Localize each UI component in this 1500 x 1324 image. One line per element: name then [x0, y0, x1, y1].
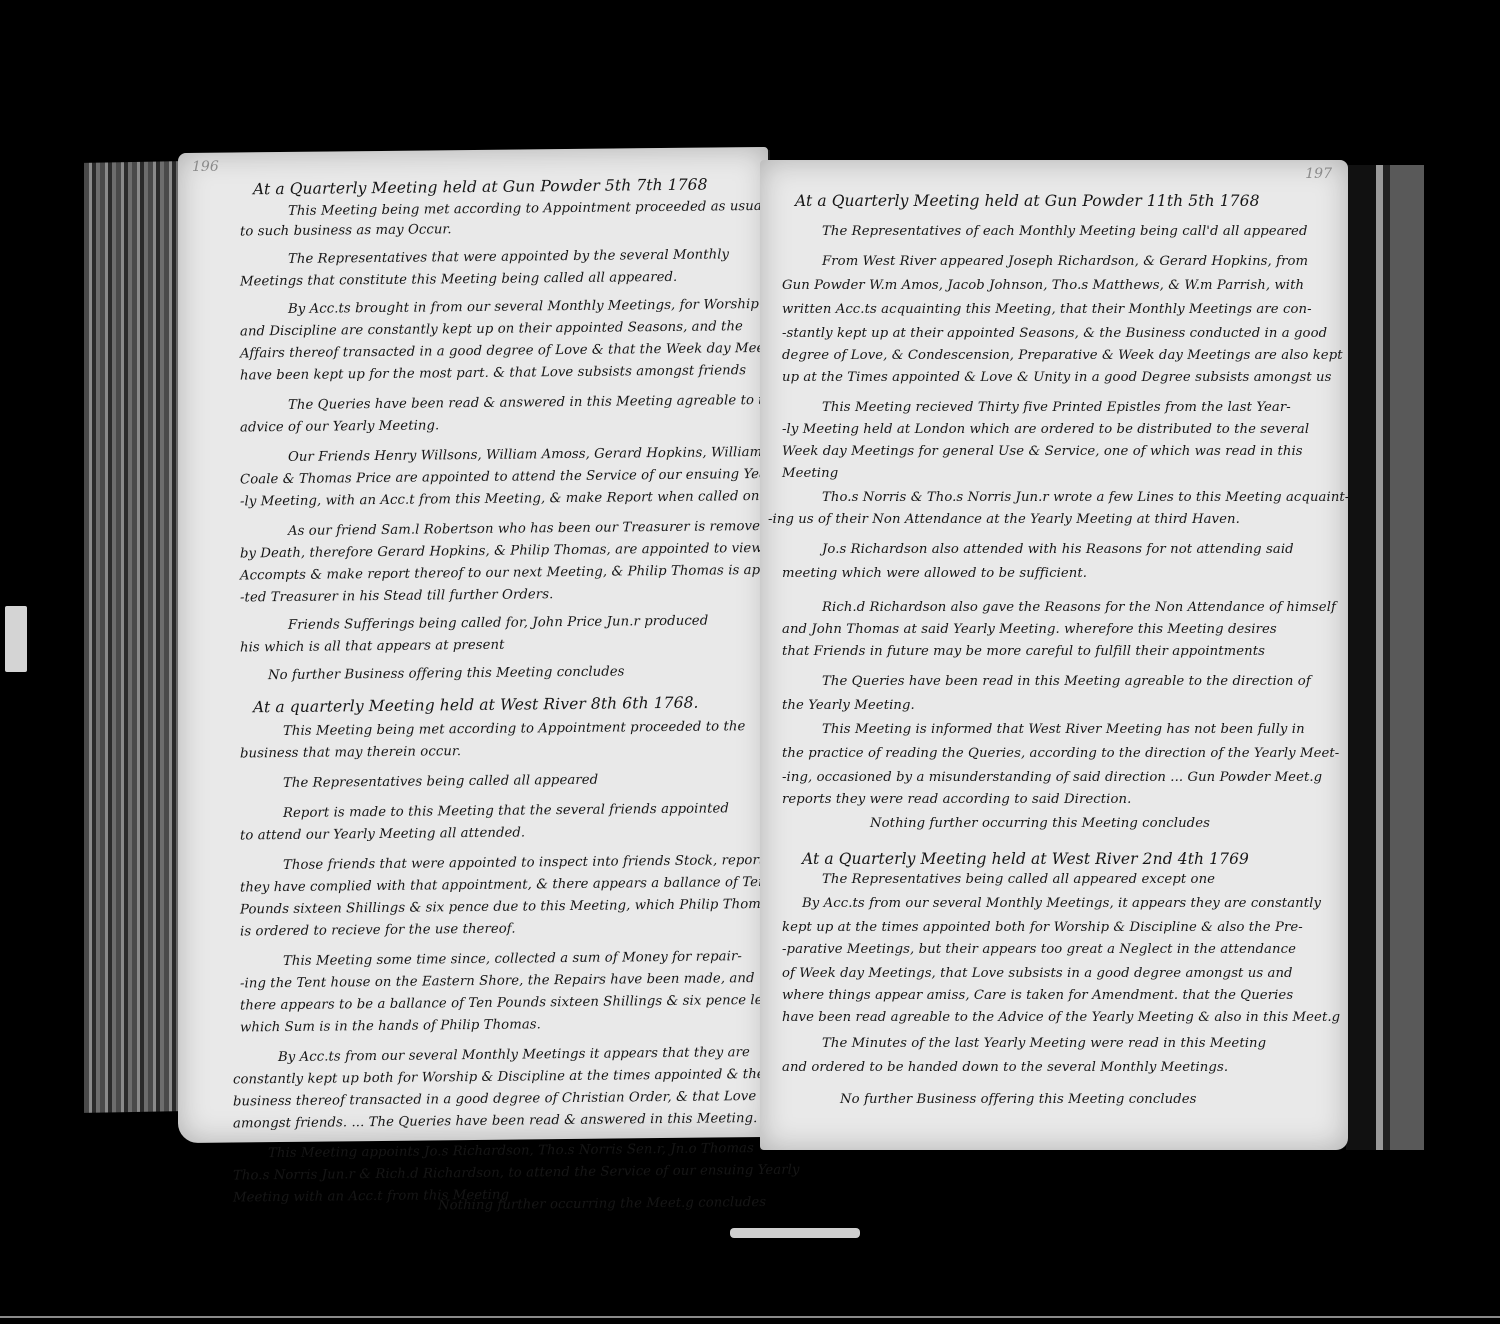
manuscript-line: Meetings that constitute this Meeting be… — [240, 270, 677, 290]
manuscript-line: there appears to be a ballance of Ten Po… — [240, 993, 773, 1014]
meeting-heading: At a Quarterly Meeting held at Gun Powde… — [795, 192, 1260, 210]
manuscript-line: Those friends that were appointed to ins… — [283, 853, 764, 873]
left-page-stack-edge — [84, 161, 180, 1113]
manuscript-line: Tho.s Norris Jun.r & Rich.d Richardson, … — [233, 1163, 800, 1184]
manuscript-line: -ly Meeting held at London which are ord… — [782, 422, 1309, 437]
manuscript-line: written Acc.ts acquainting this Meeting,… — [782, 302, 1312, 317]
manuscript-line: Nothing further occurring the Meet.g con… — [438, 1195, 766, 1213]
manuscript-line: Gun Powder W.m Amos, Jacob Johnson, Tho.… — [782, 278, 1304, 293]
manuscript-line: Coale & Thomas Price are appointed to at… — [240, 467, 778, 488]
manuscript-line: and Discipline are constantly kept up on… — [240, 319, 743, 339]
manuscript-line: -ing, occasioned by a misunderstanding o… — [782, 770, 1322, 785]
manuscript-line: This Meeting appoints Jo.s Richardson, T… — [268, 1141, 754, 1161]
manuscript-line: by Death, therefore Gerard Hopkins, & Ph… — [240, 541, 789, 562]
manuscript-line: kept up at the times appointed both for … — [782, 920, 1303, 935]
manuscript-line: Rich.d Richardson also gave the Reasons … — [822, 600, 1336, 615]
manuscript-line: -ing us of their Non Attendance at the Y… — [768, 512, 1240, 527]
right-page-stack-edge — [1346, 165, 1424, 1150]
manuscript-line: No further Business offering this Meetin… — [840, 1092, 1197, 1107]
folio-number-left: 196 — [192, 159, 219, 175]
left-page-text: At a Quarterly Meeting held at Gun Powde… — [178, 147, 768, 153]
manuscript-line: the Yearly Meeting. — [782, 698, 915, 713]
manuscript-line: The Representatives being called all app… — [822, 872, 1215, 887]
manuscript-line: Pounds sixteen Shillings & six pence due… — [240, 897, 776, 918]
manuscript-line: which Sum is in the hands of Philip Thom… — [240, 1017, 541, 1035]
manuscript-line: business that may therein occur. — [240, 744, 461, 761]
manuscript-line: -parative Meetings, but their appears to… — [782, 942, 1296, 957]
manuscript-line: Our Friends Henry Willsons, William Amos… — [288, 445, 762, 465]
manuscript-line: and ordered to be handed down to the sev… — [782, 1060, 1228, 1075]
manuscript-line: to such business as may Occur. — [240, 222, 452, 239]
manuscript-line: amongst friends. ... The Queries have be… — [233, 1111, 757, 1131]
manuscript-line: to attend our Yearly Meeting all attende… — [240, 825, 525, 843]
manuscript-line: The Minutes of the last Yearly Meeting w… — [822, 1036, 1266, 1051]
manuscript-line: The Queries have been read & answered in… — [288, 393, 780, 413]
scan-border — [0, 1316, 1500, 1318]
manuscript-line: advice of our Yearly Meeting. — [240, 418, 439, 435]
manuscript-line: The Representatives that were appointed … — [288, 247, 729, 267]
manuscript-line: Accompts & make report thereof to our ne… — [240, 563, 794, 584]
manuscript-line: The Representatives being called all app… — [283, 773, 598, 791]
manuscript-line: that Friends in future may be more caref… — [782, 644, 1265, 659]
manuscript-line: they have complied with that appointment… — [240, 875, 767, 896]
manuscript-line: Tho.s Norris & Tho.s Norris Jun.r wrote … — [822, 490, 1349, 505]
folio-number-right: 197 — [1305, 166, 1332, 182]
manuscript-line: This Meeting some time since, collected … — [283, 949, 742, 969]
paper-tab — [5, 606, 27, 672]
manuscript-line: Week day Meetings for general Use & Serv… — [782, 444, 1303, 459]
manuscript-line: This Meeting being met according to Appo… — [288, 199, 766, 219]
manuscript-line: have been read agreable to the Advice of… — [782, 1010, 1340, 1025]
manuscript-line: By Acc.ts from our several Monthly Meeti… — [802, 896, 1321, 911]
manuscript-line: This Meeting is informed that West River… — [822, 722, 1305, 737]
manuscript-line: By Acc.ts from our several Monthly Meeti… — [278, 1045, 750, 1065]
manuscript-line: By Acc.ts brought in from our several Mo… — [288, 297, 759, 317]
meeting-heading: At a quarterly Meeting held at West Rive… — [253, 694, 699, 717]
manuscript-line: his which is all that appears at present — [240, 638, 505, 656]
manuscript-line: This Meeting recieved Thirty five Printe… — [822, 400, 1291, 415]
manuscript-line: Nothing further occurring this Meeting c… — [870, 816, 1210, 831]
manuscript-line: have been kept up for the most part. & t… — [240, 363, 746, 383]
manuscript-line: -stantly kept up at their appointed Seas… — [782, 326, 1327, 341]
manuscript-line: -ing the Tent house on the Eastern Shore… — [240, 971, 755, 991]
meeting-heading: At a Quarterly Meeting held at West Rive… — [802, 850, 1249, 868]
manuscript-line: Affairs thereof transacted in a good deg… — [240, 341, 798, 362]
right-page: 197 At a Quarterly Meeting held at Gun P… — [760, 160, 1348, 1150]
manuscript-line: where things appear amiss, Care is taken… — [782, 988, 1293, 1003]
manuscript-line: reports they were read according to said… — [782, 792, 1131, 807]
manuscript-line: No further Business offering this Meetin… — [268, 664, 625, 683]
manuscript-line: constantly kept up both for Worship & Di… — [233, 1067, 765, 1088]
manuscript-line: This Meeting being met according to Appo… — [283, 719, 745, 739]
manuscript-line: -ted Treasurer in his Stead till further… — [240, 587, 553, 605]
manuscript-line: Jo.s Richardson also attended with his R… — [822, 542, 1294, 557]
manuscript-line: Report is made to this Meeting that the … — [283, 801, 729, 821]
meeting-heading: At a Quarterly Meeting held at Gun Powde… — [253, 176, 708, 199]
manuscript-line: Meeting — [782, 466, 838, 481]
manuscript-line: the practice of reading the Queries, acc… — [782, 746, 1339, 761]
manuscript-line: -ly Meeting, with an Acc.t from this Mee… — [240, 489, 764, 509]
manuscript-line: business thereof transacted in a good de… — [233, 1088, 815, 1109]
manuscript-line: The Representatives of each Monthly Meet… — [822, 224, 1308, 239]
manuscript-line: As our friend Sam.l Robertson who has be… — [288, 519, 769, 539]
left-page: 196 At a Quarterly Meeting held at Gun P… — [178, 147, 768, 1143]
manuscript-line: up at the Times appointed & Love & Unity… — [782, 370, 1331, 385]
manuscript-line: and John Thomas at said Yearly Meeting. … — [782, 622, 1277, 637]
manuscript-line: meeting which were allowed to be suffici… — [782, 566, 1087, 581]
manuscript-line: From West River appeared Joseph Richards… — [822, 254, 1308, 269]
manuscript-line: is ordered to recieve for the use thereo… — [240, 922, 516, 940]
manuscript-line: of Week day Meetings, that Love subsists… — [782, 966, 1293, 981]
book-clasp — [730, 1228, 860, 1238]
manuscript-line: The Queries have been read in this Meeti… — [822, 674, 1311, 689]
manuscript-line: Friends Sufferings being called for, Joh… — [288, 614, 708, 633]
manuscript-line: degree of Love, & Condescension, Prepara… — [782, 348, 1343, 363]
